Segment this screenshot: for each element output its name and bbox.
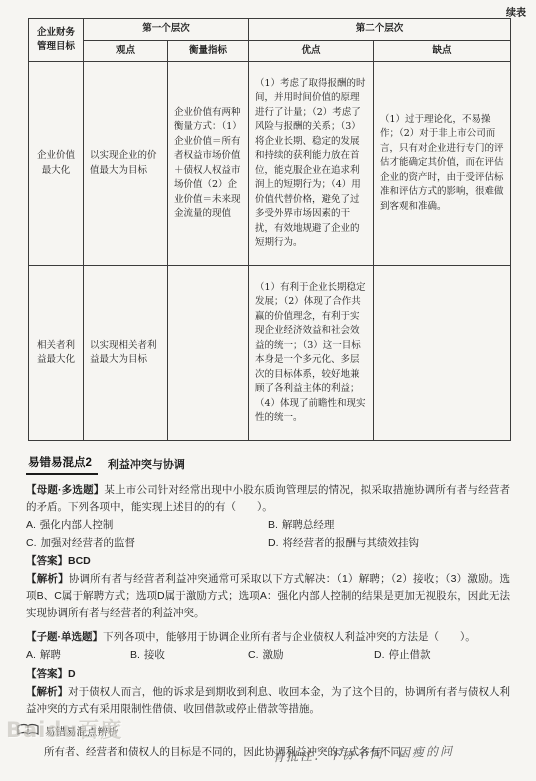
option-b-text: 接收 [144, 649, 165, 661]
row2-indicator [168, 266, 249, 441]
answer-value: BCD [68, 555, 91, 567]
option-a-key: A. [26, 649, 36, 661]
row2-viewpoint: 以实现相关者利益最大为目标 [84, 266, 168, 441]
option-b-text: 解聘总经理 [282, 519, 335, 531]
section-title: 利益冲突与协调 [108, 456, 185, 475]
answer-label: 【答案】 [26, 668, 68, 680]
question2-type-label: 【子题·单选题】 [26, 631, 103, 643]
continued-table-label: 续表 [506, 4, 526, 19]
table-row: 企业价值最大化 以实现企业的价值最大为目标 企业价值有两种衡量方式：（1）企业价… [29, 62, 511, 266]
option-b-key: B. [130, 649, 140, 661]
section-badge: 易错易混点2 [26, 454, 98, 475]
error-prone-section-header: 易错易混点2 利益冲突与协调 [26, 454, 536, 475]
option-d-key: D. [374, 649, 385, 661]
row2-disadvantage [374, 266, 511, 441]
row1-advantage: （1）考虑了取得报酬的时间，并用时间价值的原理进行了计量；（2）考虑了风险与报酬… [249, 62, 374, 266]
table-header-disadvantage: 缺点 [374, 40, 511, 62]
answer-label: 【答案】 [26, 555, 68, 567]
option-c-key: C. [26, 537, 37, 549]
question2-text: 下列各项中，能够用于协调企业所有者与企业债权人利益冲突的方法是（ ）。 [103, 631, 476, 643]
option-c: C.激励 [248, 647, 374, 665]
option-d-key: D. [268, 537, 279, 549]
table-header-indicator: 衡量指标 [168, 40, 249, 62]
question1-stem: 【母题·多选题】某上市公司针对经常出现中小股东质询管理层的情况，拟采取措施协调所… [26, 482, 510, 516]
option-d-text: 停止借款 [389, 649, 431, 661]
option-d-text: 将经营者的报酬与其绩效挂钩 [283, 537, 420, 549]
table-header-goal: 企业财务管理目标 [29, 19, 84, 62]
analysis-text: 协调所有者与经营者利益冲突通常可采取以下方式解决：（1）解聘；（2）接收；（3）… [26, 573, 510, 619]
question1-options: A.强化内部人控制 B.解聘总经理 C.加强对经营者的监督 D.将经营者的报酬与… [26, 517, 510, 552]
option-a: A.解聘 [26, 647, 130, 665]
question2-options: A.解聘 B.接收 C.激励 D.停止借款 [26, 647, 510, 665]
option-a-text: 解聘 [40, 649, 61, 661]
row2-goal: 相关者利益最大化 [29, 266, 84, 441]
option-c: C.加强对经营者的监督 [26, 535, 268, 553]
option-d: D.停止借款 [374, 647, 510, 665]
option-a: A.强化内部人控制 [26, 517, 268, 535]
row1-indicator: 企业价值有两种衡量方式：（1）企业价值＝所有者权益市场价值＋债权人权益市场价值（… [168, 62, 249, 266]
option-b: B.接收 [130, 647, 248, 665]
analysis-text: 对于债权人而言，他的诉求是到期收到利息、收回本金，为了这个目的，协调所有者与债权… [26, 686, 510, 715]
baidu-watermark: Baidu百度 [6, 714, 122, 744]
financial-objectives-table: 企业财务管理目标 第一个层次 第二个层次 观点 衡量指标 优点 缺点 企业价值最… [28, 18, 511, 441]
question1-type-label: 【母题·多选题】 [26, 484, 104, 496]
option-d: D.将经营者的报酬与其绩效挂钩 [268, 535, 510, 553]
option-a-text: 强化内部人控制 [40, 519, 114, 531]
row1-disadvantage: （1）过于理论化，不易操作；（2）对于非上市公司而言，只有对企业进行专门的评估才… [374, 62, 511, 266]
option-c-text: 加强对经营者的监督 [41, 537, 136, 549]
question1-answer: 【答案】BCD [26, 553, 510, 570]
question2-analysis: 【解析】对于债权人而言，他的诉求是到期收到利息、收回本金，为了这个目的，协调所有… [26, 684, 510, 718]
table-header-level2: 第二个层次 [249, 19, 511, 41]
question2-answer: 【答案】D [26, 666, 510, 683]
row2-advantage: （1）有利于企业长期稳定发展；（2）体现了合作共赢的价值理念，有利于实现企业经济… [249, 266, 374, 441]
option-b: B.解聘总经理 [268, 517, 510, 535]
table-header-viewpoint: 观点 [84, 40, 168, 62]
row1-goal: 企业价值最大化 [29, 62, 84, 266]
option-c-text: 激励 [263, 649, 284, 661]
table-header-level1: 第一个层次 [84, 19, 249, 41]
analysis-label: 【解析】 [26, 686, 68, 698]
question2-stem: 【子题·单选题】下列各项中，能够用于协调企业所有者与企业债权人利益冲突的方法是（… [26, 629, 510, 646]
row1-viewpoint: 以实现企业的价值最大为目标 [84, 62, 168, 266]
option-b-key: B. [268, 519, 278, 531]
question1-analysis: 【解析】协调所有者与经营者利益冲突通常可采取以下方式解决：（1）解聘；（2）接收… [26, 571, 510, 622]
scanned-textbook-page: 续表 企业财务管理目标 第一个层次 第二个层次 观点 衡量指标 优点 缺点 企业… [0, 0, 536, 781]
answer-value: D [68, 668, 76, 680]
table-row: 相关者利益最大化 以实现相关者利益最大为目标 （1）有利于企业长期稳定发展；（2… [29, 266, 511, 441]
option-c-key: C. [248, 649, 259, 661]
option-a-key: A. [26, 519, 36, 531]
analysis-label: 【解析】 [26, 573, 69, 585]
table-header-advantage: 优点 [249, 40, 374, 62]
